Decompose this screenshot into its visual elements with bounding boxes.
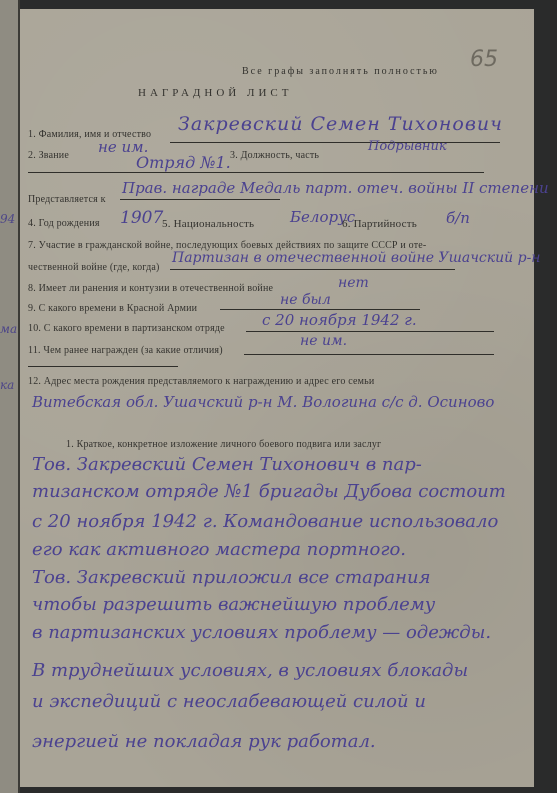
sheet-number: 65 <box>470 47 498 72</box>
field-nominated-value: Прав. награде Медаль парт. отеч. войны I… <box>122 179 549 197</box>
field-partisan-label: 10. С какого времени в партизанском отря… <box>28 323 225 334</box>
merit-line: в партизанских условиях проблему — одежд… <box>32 622 491 643</box>
merit-line: тизанском отряде №1 бригады Дубова состо… <box>32 481 506 502</box>
field-line <box>244 354 494 355</box>
field-red-army-value: не был <box>280 292 331 308</box>
merit-line: и экспедиций с неослабевающей силой и <box>32 691 426 712</box>
merit-line: энергией не покладая рук работал. <box>32 731 376 752</box>
field-line <box>28 366 178 367</box>
field-nationality-label: 5. Национальность <box>162 218 254 230</box>
field-partisan-value: с 20 ноября 1942 г. <box>262 311 417 329</box>
award-sheet: 65 Все графы заполнять полностью НАГРАДН… <box>18 9 534 787</box>
field-line <box>246 331 494 332</box>
field-birth-year-label: 4. Год рождения <box>28 218 100 229</box>
field-position-value: Подрывник <box>368 139 447 154</box>
field-participation-value: Партизан в отечественной войне Ушачский … <box>172 250 541 266</box>
field-nominated-label: Представляется к <box>28 194 106 205</box>
field-position-label: 3. Должность, часть <box>230 150 319 161</box>
field-line <box>28 172 484 173</box>
merit-line: Тов. Закревский приложил все старания <box>32 567 431 588</box>
field-birth-year-value: 1907 <box>120 208 163 228</box>
field-address-value: Витебская обл. Ушачский р-н М. Вологина … <box>32 393 494 411</box>
field-rank-label: 2. Звание <box>28 150 69 161</box>
field-participation-label-cont: чественной войне (где, когда) <box>28 262 160 273</box>
field-wounds-value: нет <box>338 275 369 291</box>
binding-spine: 94 ма ка <box>0 0 20 793</box>
field-awards-label: 11. Чем ранее награжден (за какие отличи… <box>28 345 223 356</box>
field-party-value: б/п <box>446 209 470 227</box>
merit-line: В труднейших условиях, в условиях блокад… <box>32 660 468 681</box>
document-title: НАГРАДНОЙ ЛИСТ <box>138 87 292 99</box>
field-party-label: 6. Партийность <box>342 218 417 230</box>
field-line <box>220 309 420 310</box>
merit-line: с 20 ноября 1942 г. Командование использ… <box>32 511 498 532</box>
margin-mark: ка <box>0 378 14 392</box>
merit-line: чтобы разрешить важнейшую проблему <box>32 594 435 615</box>
merit-line: Тов. Закревский Семен Тихонович в пар- <box>32 454 422 475</box>
field-awards-value: не им. <box>300 333 347 349</box>
fill-instruction: Все графы заполнять полностью <box>242 66 439 77</box>
margin-mark: ма <box>0 322 17 336</box>
field-unit-value: Отряд №1. <box>136 153 231 172</box>
field-name-value: Закревский Семен Тихонович <box>178 113 503 135</box>
margin-mark: 94 <box>0 212 15 226</box>
field-line <box>170 269 455 270</box>
merit-line: его как активного мастера портного. <box>32 539 406 560</box>
merit-section-heading: 1. Краткое, конкретное изложение личного… <box>66 439 381 450</box>
field-line <box>170 142 500 143</box>
field-wounds-label: 8. Имеет ли ранения и контузии в отечест… <box>28 283 273 294</box>
field-address-label: 12. Адрес места рождения представляемого… <box>28 376 374 387</box>
field-red-army-label: 9. С какого времени в Красной Армии <box>28 303 197 314</box>
field-line <box>120 199 280 200</box>
